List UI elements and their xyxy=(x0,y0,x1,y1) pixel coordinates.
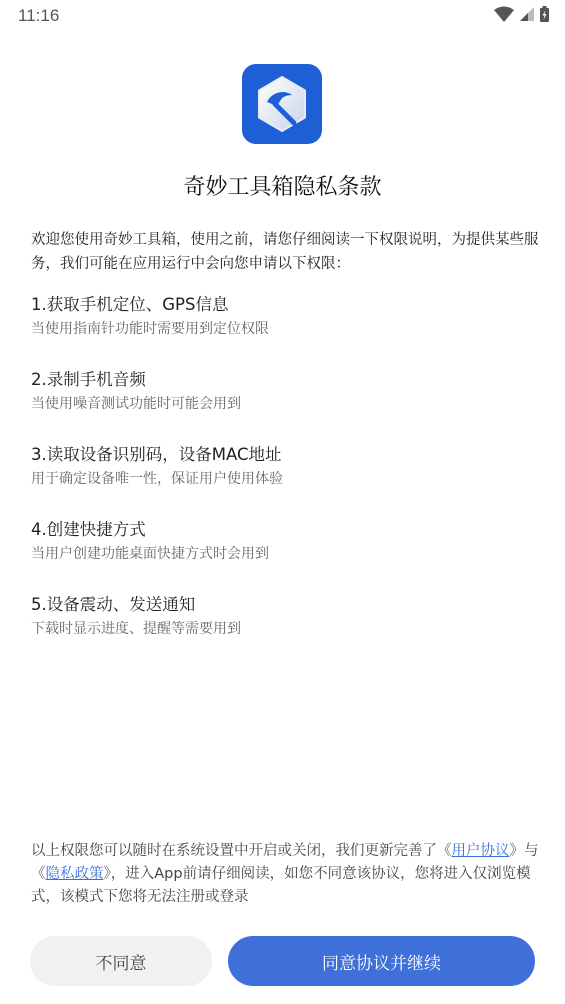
footer-note: 以上权限您可以随时在系统设置中开启或关闭，我们更新完善了《用户协议》与《隐私政策… xyxy=(31,840,541,909)
permission-list: 1.获取手机定位、GPS信息 当使用指南针功能时需要用到定位权限 2.录制手机音… xyxy=(31,294,541,669)
permission-desc: 下载时显示进度、提醒等需要用到 xyxy=(31,618,541,640)
permission-desc: 当使用噪音测试功能时可能会用到 xyxy=(31,393,541,415)
user-agreement-link[interactable]: 用户协议 xyxy=(452,843,510,859)
footer-text-after: 》，进入App前请仔细阅读，如您不同意该协议，您将进入仅浏览模式，该模式下您将无… xyxy=(31,866,531,905)
permission-item-notification: 5.设备震动、发送通知 下载时显示进度、提醒等需要用到 xyxy=(31,594,541,669)
footer-text-before: 以上权限您可以随时在系统设置中开启或关闭，我们更新完善了《 xyxy=(31,843,452,859)
permission-desc: 用于确定设备唯一性，保证用户使用体验 xyxy=(31,468,541,490)
permission-item-shortcut: 4.创建快捷方式 当用户创建功能桌面快捷方式时会用到 xyxy=(31,519,541,594)
permission-desc: 当使用指南针功能时需要用到定位权限 xyxy=(31,318,541,340)
permission-item-location: 1.获取手机定位、GPS信息 当使用指南针功能时需要用到定位权限 xyxy=(31,294,541,369)
wifi-icon xyxy=(494,6,514,22)
status-bar: 11:16 xyxy=(0,0,565,32)
privacy-policy-link[interactable]: 隐私政策 xyxy=(46,866,104,882)
permission-title: 4.创建快捷方式 xyxy=(31,519,541,541)
permission-title: 1.获取手机定位、GPS信息 xyxy=(31,294,541,316)
status-time: 11:16 xyxy=(18,6,59,26)
app-icon xyxy=(242,64,322,144)
permission-desc: 当用户创建功能桌面快捷方式时会用到 xyxy=(31,543,541,565)
accept-continue-button[interactable]: 同意协议并继续 xyxy=(228,936,535,986)
permission-title: 2.录制手机音频 xyxy=(31,369,541,391)
cellular-signal-icon xyxy=(520,7,534,21)
permission-item-device-id: 3.读取设备识别码，设备MAC地址 用于确定设备唯一性，保证用户使用体验 xyxy=(31,444,541,519)
page-title: 奇妙工具箱隐私条款 xyxy=(0,170,565,201)
permission-title: 3.读取设备识别码，设备MAC地址 xyxy=(31,444,541,466)
battery-charging-icon xyxy=(540,6,549,22)
permission-item-audio: 2.录制手机音频 当使用噪音测试功能时可能会用到 xyxy=(31,369,541,444)
decline-button[interactable]: 不同意 xyxy=(30,936,212,986)
intro-text: 欢迎您使用奇妙工具箱，使用之前，请您仔细阅读一下权限说明，为提供某些服务，我们可… xyxy=(31,228,541,276)
permission-title: 5.设备震动、发送通知 xyxy=(31,594,541,616)
status-icons xyxy=(494,6,549,22)
